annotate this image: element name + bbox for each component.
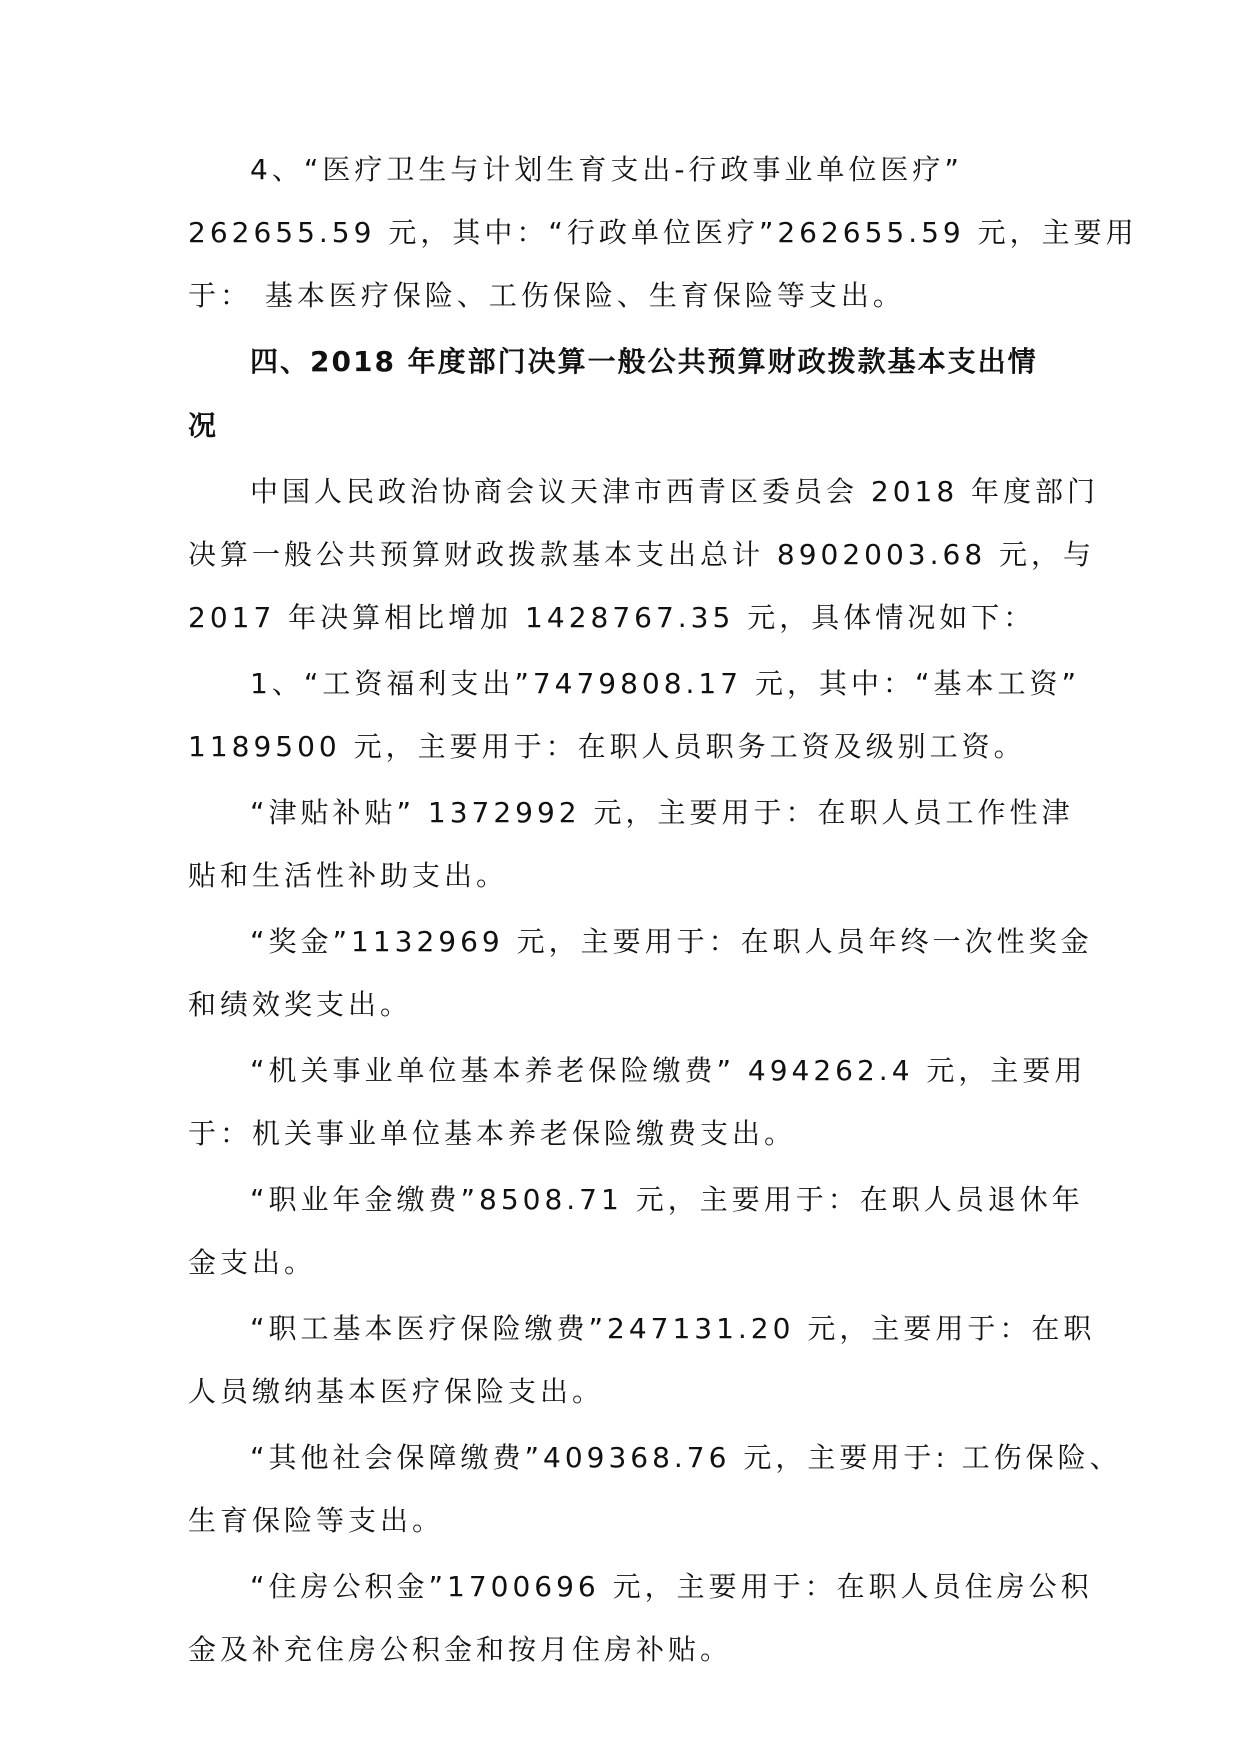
paragraph-line: 金支出。 (188, 1243, 316, 1283)
paragraph-line: “职业年金缴费”8508.71 元，主要用于：在职人员退休年 (250, 1180, 1084, 1220)
paragraph-line: 于：机关事业单位基本养老保险缴费支出。 (188, 1114, 796, 1154)
paragraph-line: 1、“工资福利支出”7479808.17 元，其中：“基本工资” (250, 664, 1080, 704)
paragraph-line: 262655.59 元，其中：“行政单位医疗”262655.59 元，主要用 (188, 213, 1138, 253)
paragraph-line: 中国人民政治协商会议天津市西青区委员会 2018 年度部门 (250, 472, 1099, 512)
paragraph-line: “奖金”1132969 元，主要用于：在职人员年终一次性奖金 (250, 922, 1093, 962)
paragraph-line: 4、“医疗卫生与计划生育支出-行政事业单位医疗” (250, 150, 963, 190)
paragraph-line: 金及补充住房公积金和按月住房补贴。 (188, 1630, 732, 1670)
paragraph-line: “津贴补贴” 1372992 元，主要用于：在职人员工作性津 (250, 793, 1074, 833)
paragraph-line: 生育保险等支出。 (188, 1501, 444, 1541)
section-heading: 四、2018 年度部门决算一般公共预算财政拨款基本支出情 (250, 342, 1038, 382)
paragraph-line: “住房公积金”1700696 元，主要用于：在职人员住房公积 (250, 1567, 1093, 1607)
paragraph-line: 人员缴纳基本医疗保险支出。 (188, 1372, 604, 1412)
paragraph-line: 1189500 元，主要用于：在职人员职务工资及级别工资。 (188, 727, 1026, 767)
paragraph-line: “其他社会保障缴费”409368.76 元，主要用于: 工伤保险、 (250, 1438, 1122, 1478)
paragraph-line: 和绩效奖支出。 (188, 985, 412, 1025)
paragraph-line: 贴和生活性补助支出。 (188, 856, 508, 896)
paragraph-line: “职工基本医疗保险缴费”247131.20 元，主要用于：在职 (250, 1309, 1095, 1349)
paragraph-line: “机关事业单位基本养老保险缴费” 494262.4 元，主要用 (250, 1051, 1086, 1091)
section-heading: 况 (188, 406, 218, 446)
paragraph-line: 于： 基本医疗保险、工伤保险、生育保险等支出。 (188, 276, 905, 316)
paragraph-line: 决算一般公共预算财政拨款基本支出总计 8902003.68 元，与 (188, 535, 1095, 575)
paragraph-line: 2017 年决算相比增加 1428767.35 元，具体情况如下： (188, 598, 1035, 638)
